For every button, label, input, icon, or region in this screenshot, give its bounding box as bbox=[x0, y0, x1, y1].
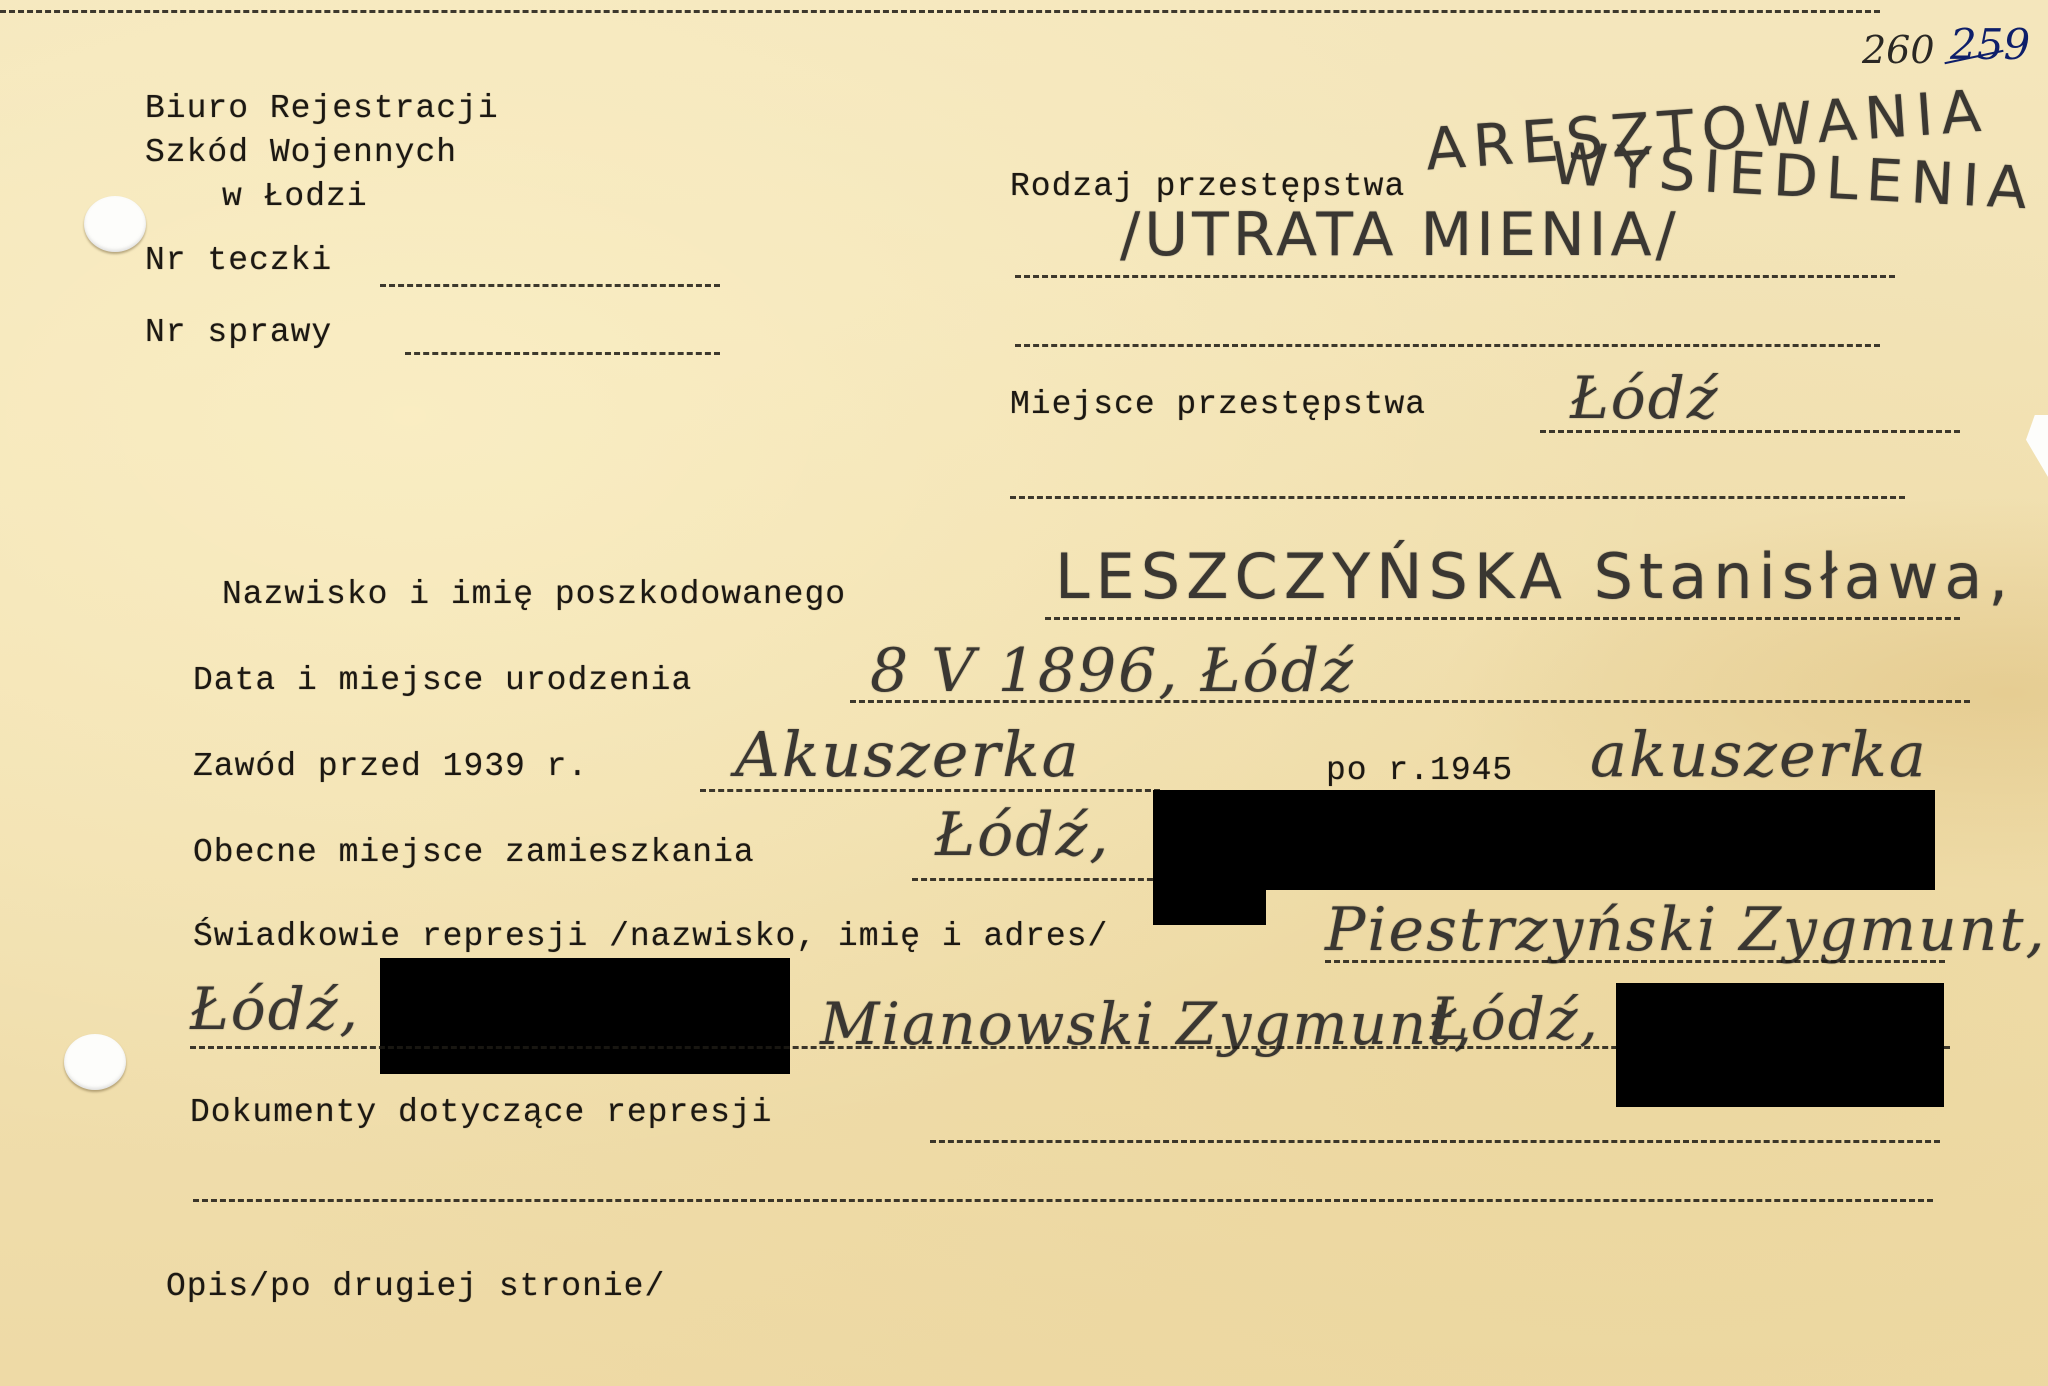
documents-label: Dokumenty dotyczące represji bbox=[190, 1094, 773, 1131]
case-number-label: Nr sprawy bbox=[145, 314, 332, 351]
registration-card: 260 259 Biuro Rejestracji Szkód Wojennyc… bbox=[0, 0, 2048, 1386]
crime-place-value: Łódź bbox=[1570, 364, 1719, 432]
witness-1-city: Łódź, bbox=[190, 975, 360, 1043]
witness-2-city: Łódź, bbox=[1430, 985, 1600, 1053]
redaction-witness-1-address bbox=[380, 958, 790, 1074]
occupation-before-line[interactable] bbox=[700, 789, 1160, 792]
punch-hole-bottom bbox=[64, 1034, 126, 1090]
witness-line-1[interactable] bbox=[1325, 960, 1945, 963]
victim-name-value: LESZCZYŃSKA Stanisława, bbox=[1055, 540, 2014, 613]
crime-type-line-2[interactable] bbox=[1015, 344, 1880, 347]
victim-name-label: Nazwisko i imię poszkodowanego bbox=[222, 576, 846, 613]
office-name-line1: Biuro Rejestracji bbox=[145, 90, 499, 127]
torn-edge bbox=[2026, 415, 2048, 477]
victim-name-line[interactable] bbox=[1045, 617, 1960, 620]
birth-label: Data i miejsce urodzenia bbox=[193, 662, 692, 699]
case-number-line[interactable] bbox=[405, 352, 720, 355]
witnesses-label: Świadkowie represji /nazwisko, imię i ad… bbox=[193, 918, 1108, 955]
description-label: Opis/po drugiej stronie/ bbox=[166, 1268, 665, 1305]
occupation-after-label: po r.1945 bbox=[1326, 752, 1513, 789]
witness-1-name: Piestrzyński Zygmunt, bbox=[1325, 895, 2047, 965]
page-number-crossed-out: 259 bbox=[1950, 20, 2030, 69]
top-edge-rule bbox=[0, 10, 1880, 13]
birth-line[interactable] bbox=[850, 700, 1970, 703]
crime-type-line-1[interactable] bbox=[1015, 275, 1895, 278]
folder-number-label: Nr teczki bbox=[145, 242, 332, 279]
residence-label: Obecne miejsce zamieszkania bbox=[193, 834, 755, 871]
birth-value: 8 V 1896, Łódź bbox=[870, 636, 1355, 706]
folder-number-line[interactable] bbox=[380, 284, 720, 287]
office-name-line3: w Łodzi bbox=[222, 178, 368, 215]
occupation-before-value: Akuszerka bbox=[735, 718, 1081, 791]
crime-place-line-1[interactable] bbox=[1540, 430, 1960, 433]
redaction-witness-2-address bbox=[1616, 983, 1944, 1107]
crime-place-label: Miejsce przestępstwa bbox=[1010, 386, 1426, 423]
occupation-after-value: akuszerka bbox=[1590, 718, 1928, 791]
documents-line-1[interactable] bbox=[930, 1140, 1940, 1143]
occupation-before-label: Zawód przed 1939 r. bbox=[193, 748, 588, 785]
office-name-line2: Szkód Wojennych bbox=[145, 134, 457, 171]
residence-value: Łódź, bbox=[935, 800, 1110, 870]
redaction-residence-address bbox=[1153, 790, 1935, 890]
documents-line-2[interactable] bbox=[193, 1199, 1933, 1202]
redaction-residence-address-tab bbox=[1153, 880, 1266, 925]
punch-hole-top bbox=[84, 196, 146, 252]
crime-place-line-2[interactable] bbox=[1010, 496, 1905, 499]
page-number: 260 bbox=[1862, 28, 1935, 72]
crime-type-value-3: /UTRATA MIENIA/ bbox=[1120, 200, 1680, 270]
